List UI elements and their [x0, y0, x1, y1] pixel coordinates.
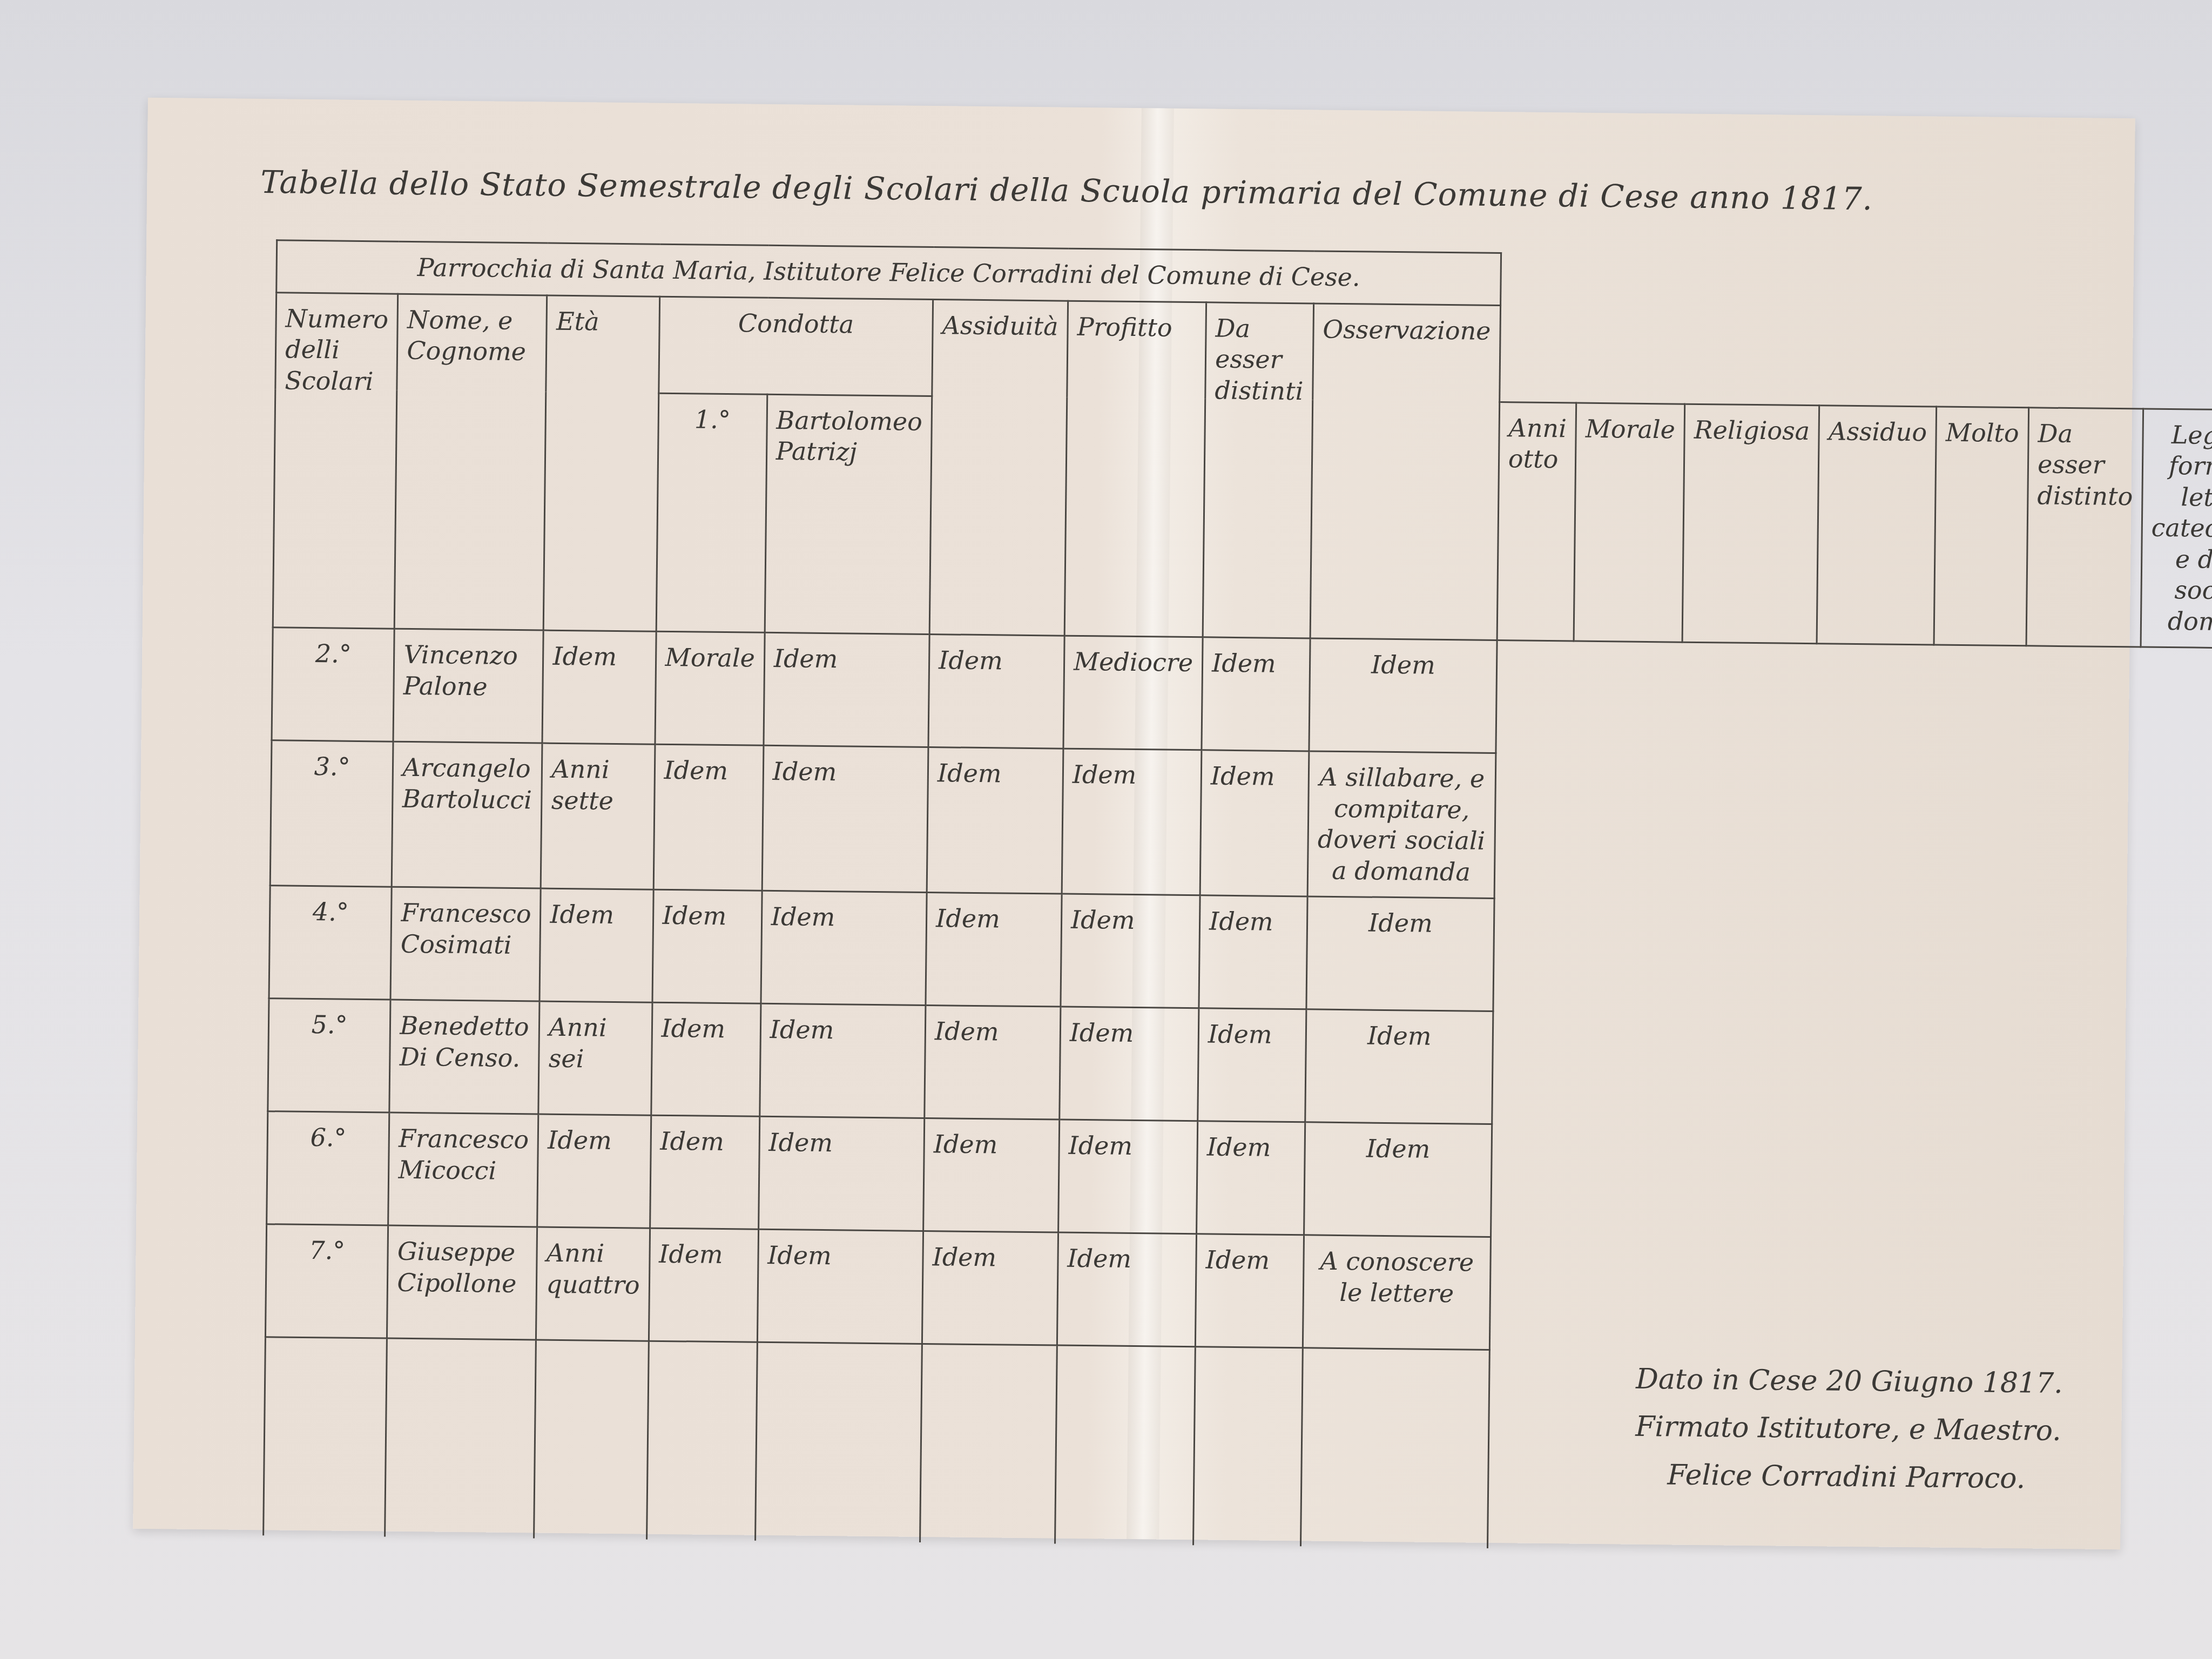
- attendance: Idem: [922, 1231, 1058, 1345]
- conduct-moral: Idem: [652, 889, 762, 1003]
- conduct-religious: Idem: [761, 891, 927, 1005]
- col-assiduita: Assiduità: [929, 299, 1068, 636]
- col-eta: Età: [544, 295, 660, 632]
- observation: Idem: [1305, 1009, 1493, 1124]
- progress: Idem: [1061, 894, 1200, 1008]
- table-row: 3.° Arcangelo Bartolucci Anni sette Idem…: [270, 740, 2212, 907]
- observation: Leggere, formar le lettere, catechismo, …: [2141, 409, 2212, 649]
- table-row: 4.° Francesco Cosimati Idem Idem Idem Id…: [269, 886, 2212, 1020]
- table-row: 2.° Vincenzo Palone Idem Morale Idem Ide…: [272, 628, 2212, 761]
- table-row: 6.° Francesco Micocci Idem Idem Idem Ide…: [267, 1111, 2212, 1245]
- manuscript-page: Tabella dello Stato Semestrale degli Sco…: [133, 98, 2135, 1549]
- student-name: Vincenzo Palone: [393, 629, 543, 743]
- student-age: Anni sette: [541, 743, 655, 889]
- signature: Felice Corradini Parroco.: [1635, 1451, 2062, 1503]
- progress: Idem: [1057, 1232, 1196, 1347]
- conduct-moral: Idem: [651, 1002, 760, 1116]
- student-age: Anni sei: [538, 1001, 652, 1115]
- observation: A sillabare, e compitare, doveri sociali…: [1307, 751, 1496, 899]
- student-name: Bartolomeo Patrizj: [765, 394, 932, 635]
- distinction: Idem: [1197, 1121, 1305, 1235]
- conduct-religious: Idem: [758, 1116, 925, 1231]
- conduct-religious: Idem: [764, 632, 930, 747]
- student-age: Anni otto: [1497, 402, 1576, 641]
- student-age: Idem: [537, 1114, 651, 1228]
- student-name: Arcangelo Bartolucci: [392, 741, 543, 888]
- student-age: Idem: [542, 630, 656, 744]
- observation: Idem: [1304, 1122, 1492, 1237]
- distinction: Idem: [1202, 637, 1310, 751]
- progress: Idem: [1062, 748, 1202, 895]
- progress: Molto: [1934, 407, 2028, 646]
- distinction: Da esser distinto: [2026, 407, 2143, 647]
- col-nome: Nome, e Cognome: [395, 294, 547, 630]
- observation: A conoscere le lettere: [1303, 1235, 1491, 1350]
- attendance: Idem: [926, 892, 1062, 1007]
- progress: Idem: [1058, 1120, 1197, 1234]
- row-number: 5.°: [268, 999, 391, 1112]
- observation: Idem: [1309, 638, 1497, 753]
- attendance: Idem: [925, 1005, 1061, 1120]
- distinction: Idem: [1199, 895, 1307, 1009]
- conduct-religious: Religiosa: [1682, 404, 1819, 644]
- date-line: Dato in Cese 20 Giugno 1817.: [1636, 1355, 2063, 1408]
- conduct-moral: Morale: [1574, 403, 1685, 643]
- attendance: Idem: [923, 1118, 1060, 1232]
- table-row: 5.° Benedetto Di Censo. Anni sei Idem Id…: [268, 999, 2212, 1132]
- row-number: 1.°: [656, 393, 767, 633]
- distinction: Idem: [1195, 1234, 1304, 1348]
- student-age: Anni quattro: [536, 1227, 650, 1341]
- conduct-religious: Idem: [762, 745, 928, 892]
- col-condotta: Condotta: [658, 296, 933, 396]
- conduct-religious: Idem: [757, 1229, 923, 1344]
- attendance: Idem: [928, 635, 1064, 749]
- document-title: Tabella dello Stato Semestrale degli Sco…: [260, 164, 2097, 220]
- student-name: Francesco Micocci: [388, 1112, 538, 1227]
- signed-line: Firmato Istitutore, e Maestro.: [1635, 1403, 2062, 1455]
- student-name: Benedetto Di Censo.: [389, 1000, 539, 1114]
- distinction: Idem: [1198, 1008, 1306, 1122]
- conduct-moral: Idem: [653, 744, 764, 891]
- row-number: 4.°: [269, 886, 392, 1000]
- attendance: Idem: [927, 747, 1063, 894]
- col-distinti: Da esser distinti: [1203, 302, 1313, 638]
- progress: Mediocre: [1063, 636, 1203, 750]
- row-number: 7.°: [265, 1224, 388, 1338]
- conduct-moral: Idem: [650, 1115, 759, 1229]
- conduct-moral: Idem: [649, 1228, 758, 1342]
- col-numero: Numero delli Scolari: [273, 292, 398, 629]
- row-number: 2.°: [272, 628, 395, 741]
- student-name: Francesco Cosimati: [390, 887, 541, 1001]
- student-age: Idem: [539, 888, 653, 1002]
- conduct-religious: Idem: [760, 1003, 926, 1118]
- document-footer: Dato in Cese 20 Giugno 1817. Firmato Ist…: [1635, 1355, 2063, 1503]
- row-number: 6.°: [267, 1111, 390, 1225]
- table-row: 7.° Giuseppe Cipollone Anni quattro Idem…: [265, 1224, 2212, 1358]
- col-profitto: Profitto: [1064, 301, 1206, 637]
- conduct-moral: Morale: [655, 631, 765, 745]
- student-name: Giuseppe Cipollone: [387, 1225, 537, 1340]
- progress: Idem: [1060, 1007, 1199, 1121]
- col-osservazione: Osservazione: [1310, 303, 1501, 640]
- distinction: Idem: [1200, 750, 1309, 896]
- row-number: 3.°: [270, 740, 393, 887]
- attendance: Assiduo: [1817, 405, 1937, 645]
- observation: Idem: [1306, 896, 1494, 1011]
